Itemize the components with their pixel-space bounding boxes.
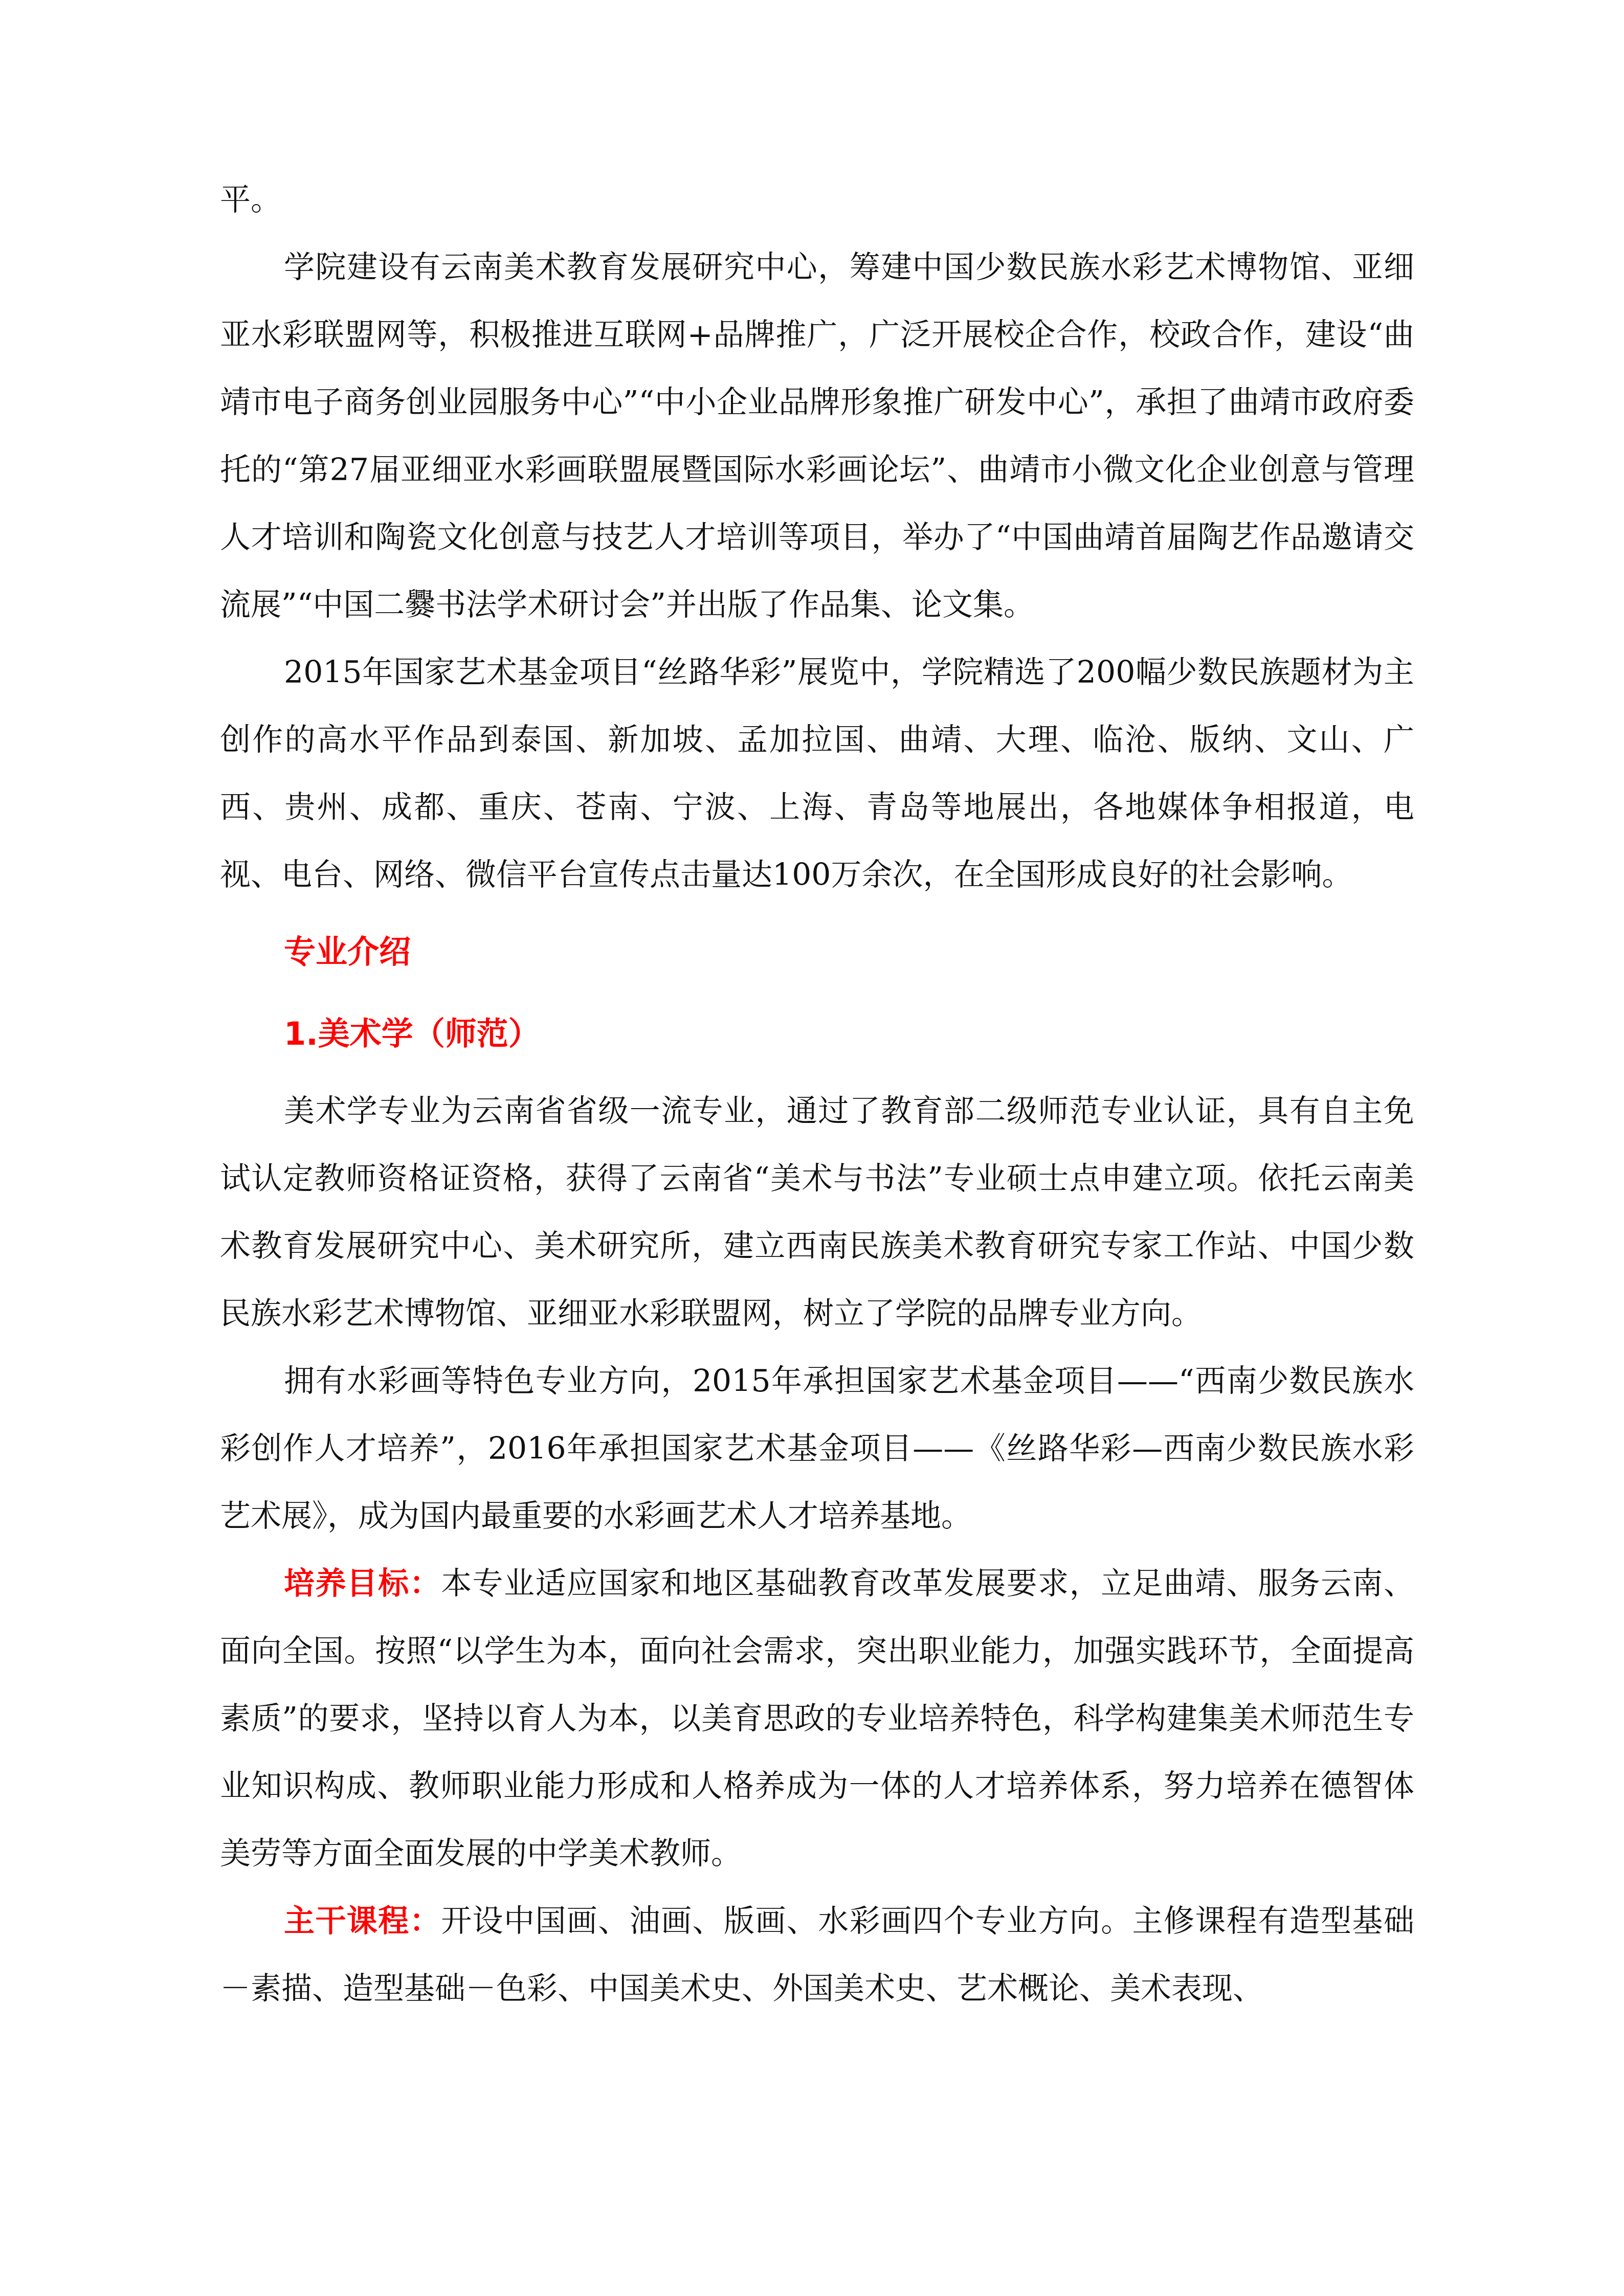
document-body: 平。 学院建设有云南美术教育发展研究中心，筹建中国少数民族水彩艺术博物馆、亚细亚… <box>220 166 1414 2022</box>
core-courses-label: 主干课程： <box>284 1903 441 1939</box>
paragraph-continuation: 平。 <box>220 166 1414 234</box>
section-heading-major-intro: 专业介绍 <box>284 914 1414 991</box>
paragraph-core-courses: 主干课程：开设中国画、油画、版画、水彩画四个专业方向。主修课程有造型基础－素描、… <box>220 1887 1414 2022</box>
paragraph-watercolor-direction: 拥有水彩画等特色专业方向，2015年承担国家艺术基金项目——“西南少数民族水彩创… <box>220 1347 1414 1550</box>
document-page: 平。 学院建设有云南美术教育发展研究中心，筹建中国少数民族水彩艺术博物馆、亚细亚… <box>0 0 1624 2296</box>
paragraph-college-centers: 学院建设有云南美术教育发展研究中心，筹建中国少数民族水彩艺术博物馆、亚细亚水彩联… <box>220 234 1414 639</box>
training-goal-text: 本专业适应国家和地区基础教育改革发展要求，立足曲靖、服务云南、面向全国。按照“以… <box>220 1566 1414 1872</box>
major-heading-fine-arts: 1.美术学（师范） <box>284 996 1414 1072</box>
paragraph-training-goal: 培养目标：本专业适应国家和地区基础教育改革发展要求，立足曲靖、服务云南、面向全国… <box>220 1550 1414 1887</box>
training-goal-label: 培养目标： <box>284 1566 441 1602</box>
paragraph-major-overview: 美术学专业为云南省省级一流专业，通过了教育部二级师范专业认证，具有自主免试认定教… <box>220 1077 1414 1347</box>
paragraph-silk-road-exhibition: 2015年国家艺术基金项目“丝路华彩”展览中，学院精选了200幅少数民族题材为主… <box>220 639 1414 909</box>
